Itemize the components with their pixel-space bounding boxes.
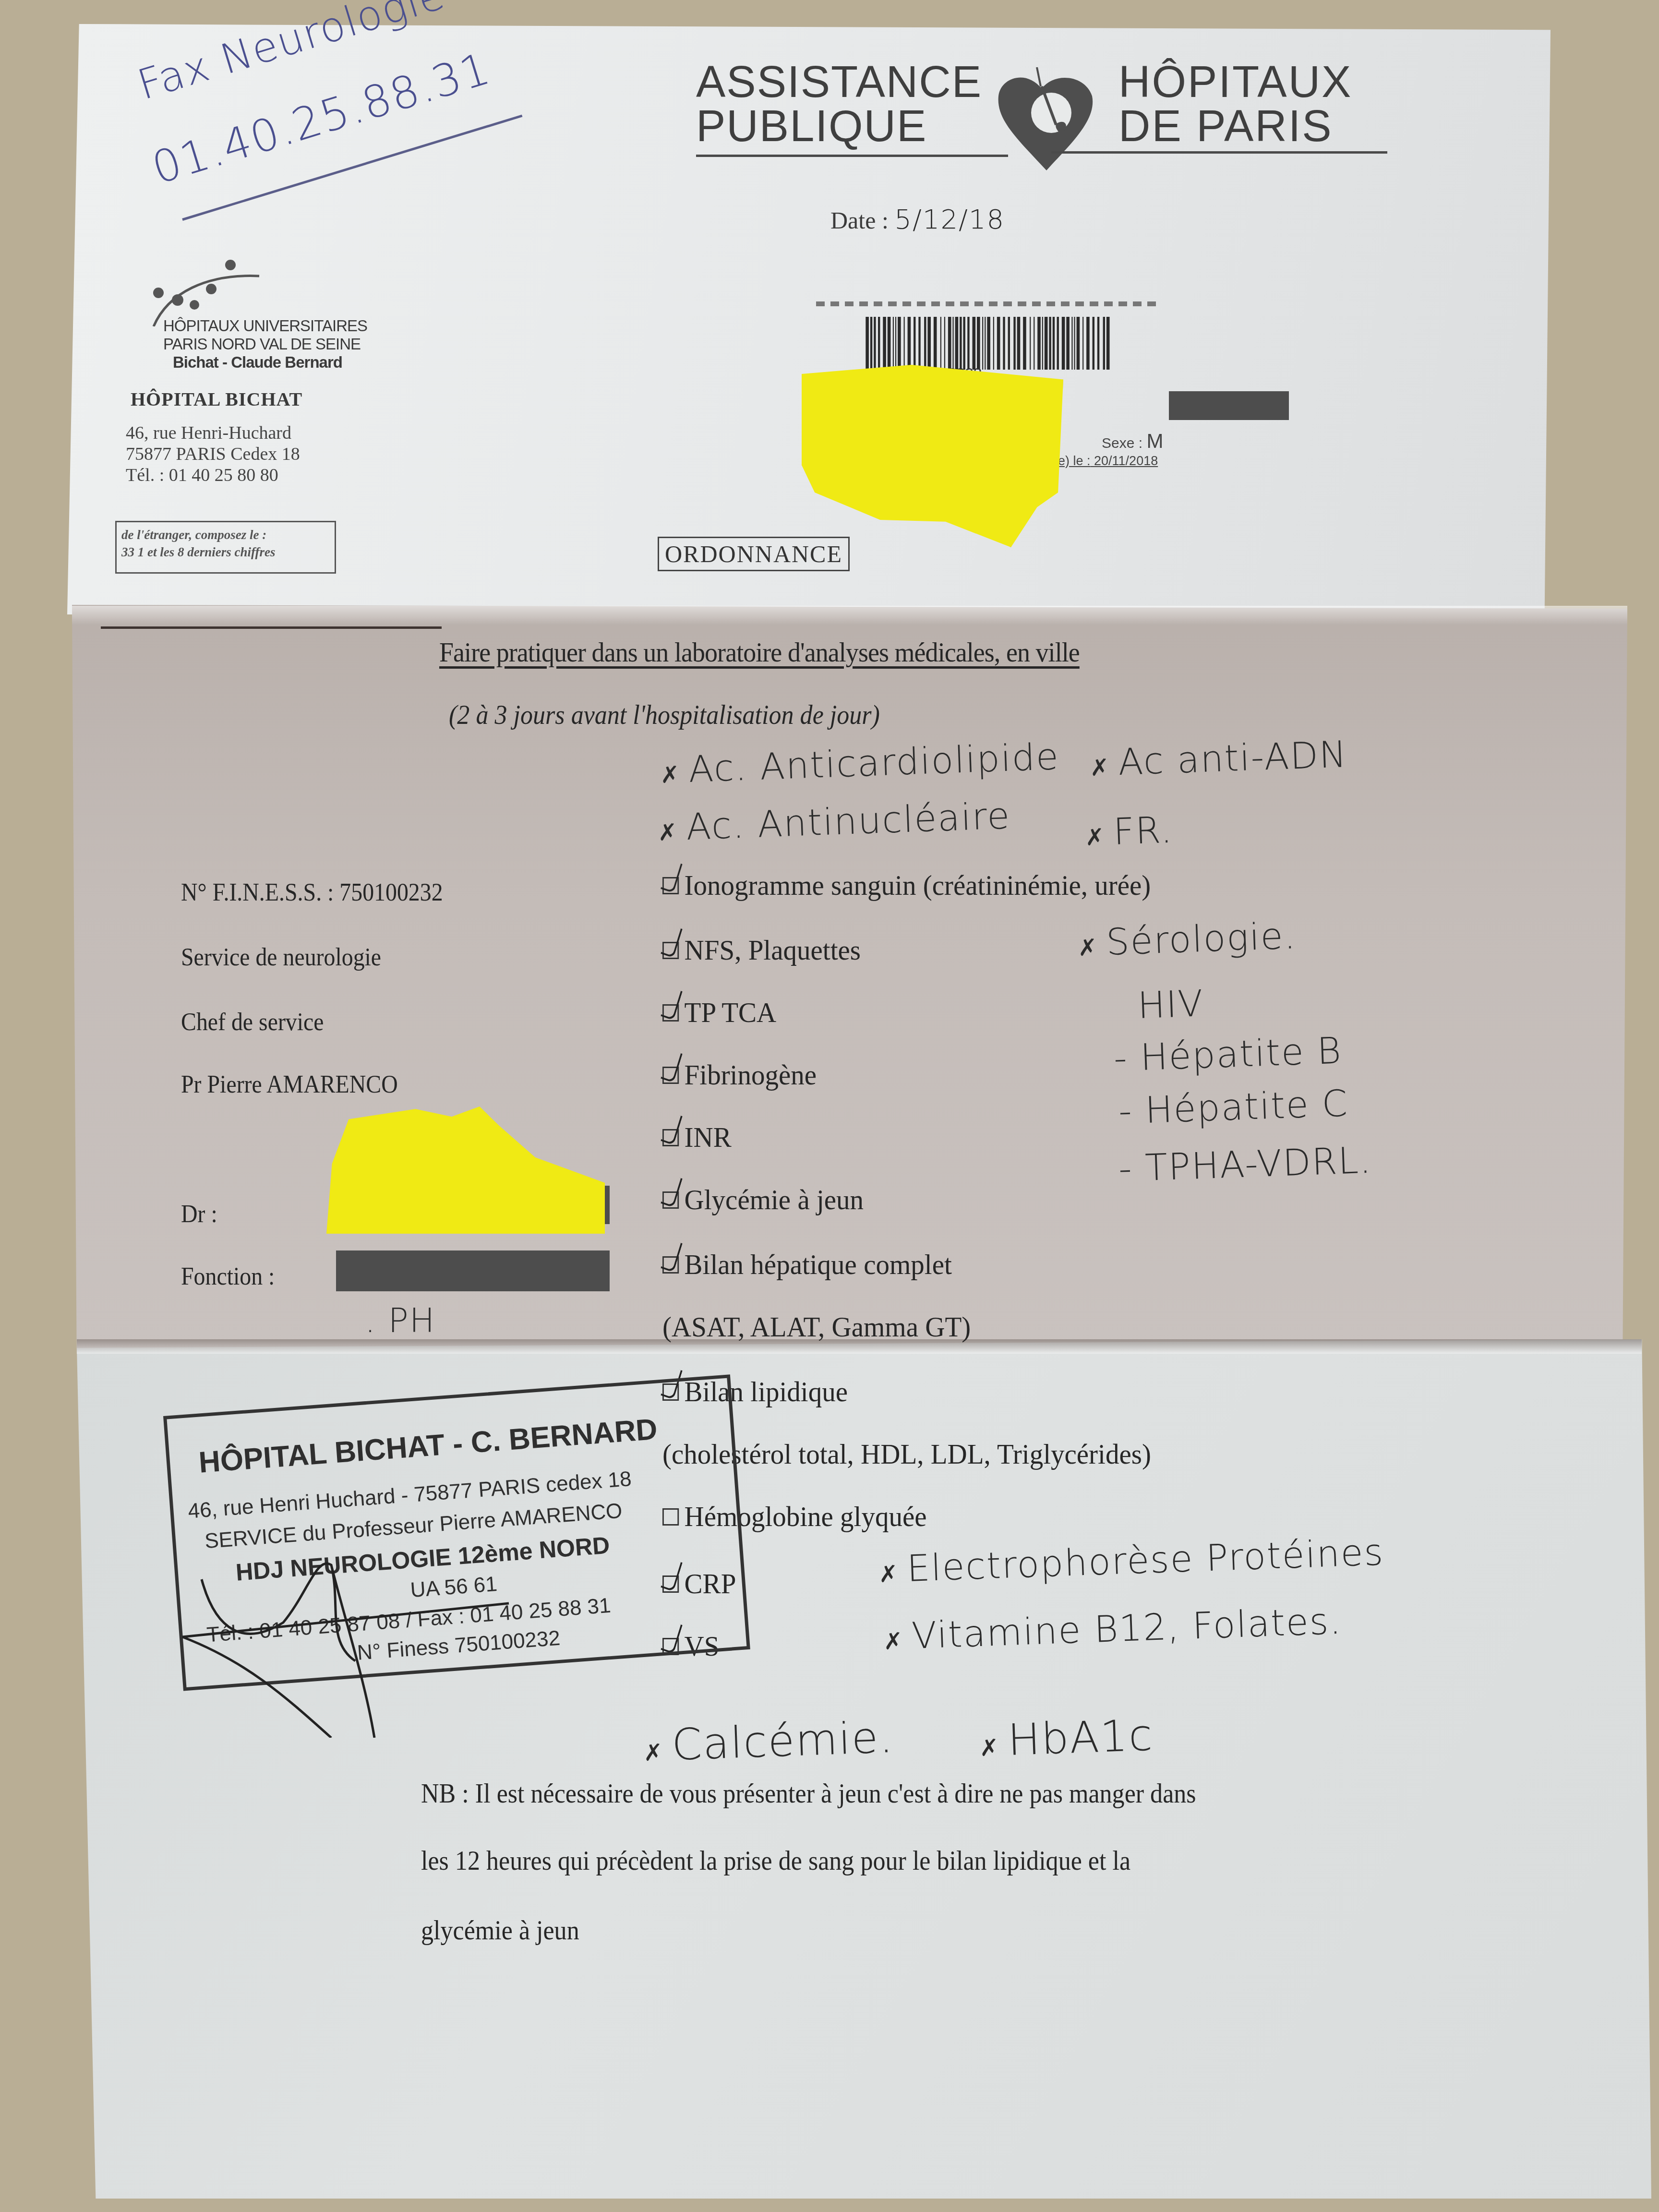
test-checklist-item[interactable]: Fibrinogène — [662, 1058, 817, 1092]
handwritten-test: ✗ HbA1c — [978, 1710, 1154, 1767]
redacted-function — [336, 1250, 610, 1291]
date-value: 5/12/18 — [894, 204, 1005, 235]
test-label: Glycémie à jeun — [685, 1183, 864, 1216]
serology-item: HIV — [1137, 982, 1204, 1027]
fasting-note: NB : Il est nécessaire de vous présenter… — [421, 1779, 1196, 1809]
fold-line — [72, 606, 1627, 625]
handwritten-test: ✗ Ac anti-ADN — [1089, 733, 1348, 784]
test-label: TP TCA — [685, 996, 777, 1029]
test-checklist-item[interactable]: TP TCA — [662, 996, 776, 1029]
test-checklist-item[interactable]: Glycémie à jeun — [662, 1183, 864, 1216]
logo-rule — [1051, 151, 1387, 154]
checked-checkbox-icon[interactable] — [662, 1256, 679, 1274]
hospital-name: HÔPITAL BICHAT — [131, 388, 302, 410]
handwritten-test: ✗ Calcémie. — [642, 1712, 894, 1771]
checked-checkbox-icon[interactable] — [662, 1067, 679, 1084]
checked-checkbox-icon[interactable] — [662, 877, 679, 894]
test-label: INR — [685, 1121, 732, 1154]
fasting-note: les 12 heures qui précèdent la prise de … — [421, 1846, 1130, 1876]
test-checklist-item[interactable]: Ionogramme sanguin (créatininémie, urée) — [662, 869, 1151, 902]
serology-item: - TPHA-VDRL. — [1118, 1139, 1372, 1190]
hospital-address: 46, rue Henri-Huchard 75877 PARIS Cedex … — [126, 422, 300, 486]
logo-rule — [696, 155, 1008, 157]
instructions-title: Faire pratiquer dans un laboratoire d'an… — [439, 636, 1080, 668]
hospital-group-name: HÔPITAUX UNIVERSITAIRES PARIS NORD VAL D… — [163, 317, 367, 372]
checked-checkbox-icon[interactable] — [662, 1129, 679, 1146]
serology-item: - Hépatite B — [1113, 1029, 1343, 1080]
checked-checkbox-icon[interactable] — [662, 1004, 679, 1022]
handwritten-function: . PH — [365, 1301, 435, 1340]
international-dialing-note: de l'étranger, composez le : 33 1 et les… — [115, 521, 336, 574]
date-field: Date : 5/12/18 — [830, 204, 1005, 235]
checked-checkbox-icon[interactable] — [662, 1191, 679, 1209]
finess-number: N° F.I.N.E.S.S. : 750100232 — [181, 878, 443, 907]
service-name: Service de neurologie — [181, 943, 381, 972]
hospital-group-logo-icon — [139, 259, 264, 326]
test-label: Fibrinogène — [685, 1058, 817, 1092]
handwritten-serology-title: ✗ Sérologie. — [1077, 914, 1297, 964]
chief-label: Chef de service — [181, 1008, 324, 1036]
test-checklist-item[interactable]: NFS, Plaquettes — [662, 934, 861, 967]
checked-checkbox-icon[interactable] — [662, 942, 679, 959]
doctor-label: Dr : — [181, 1200, 217, 1228]
handwritten-test: ✗ FR. — [1084, 808, 1173, 854]
test-checklist-item[interactable]: Bilan hépatique complet — [662, 1248, 952, 1281]
aphp-logo: ASSISTANCE PUBLIQUE HÔPITAUX DE PARIS — [696, 53, 1392, 163]
test-label: (ASAT, ALAT, Gamma GT) — [662, 1310, 971, 1344]
section-rule — [101, 626, 442, 629]
test-label: Bilan hépatique complet — [685, 1248, 952, 1281]
patient-birth-date: (e) le : 20/11/2018 — [1054, 454, 1158, 469]
function-label: Fonction : — [181, 1262, 275, 1291]
redacted-patient-name — [816, 301, 1162, 306]
logo-text-left: ASSISTANCE PUBLIQUE — [696, 60, 982, 148]
patient-sex: Sexe : M — [1102, 430, 1163, 453]
barcode — [816, 317, 1162, 370]
instructions-subtitle: (2 à 3 jours avant l'hospitalisation de … — [449, 700, 880, 731]
heart-leaf-icon — [989, 67, 1104, 173]
test-label: NFS, Plaquettes — [685, 934, 861, 967]
fasting-note: glycémie à jeun — [421, 1915, 579, 1946]
chief-name: Pr Pierre AMARENCO — [181, 1070, 398, 1099]
test-checklist-item[interactable]: INR — [662, 1121, 732, 1154]
document-type-label: ORDONNANCE — [658, 537, 850, 571]
signature — [173, 1536, 566, 1738]
logo-text-right: HÔPITAUX DE PARIS — [1118, 60, 1352, 148]
serology-item: - Hépatite C — [1118, 1082, 1349, 1132]
redacted-field — [1169, 391, 1289, 420]
test-checklist-item: (ASAT, ALAT, Gamma GT) — [662, 1310, 971, 1344]
test-label: Ionogramme sanguin (créatininémie, urée) — [685, 869, 1151, 902]
